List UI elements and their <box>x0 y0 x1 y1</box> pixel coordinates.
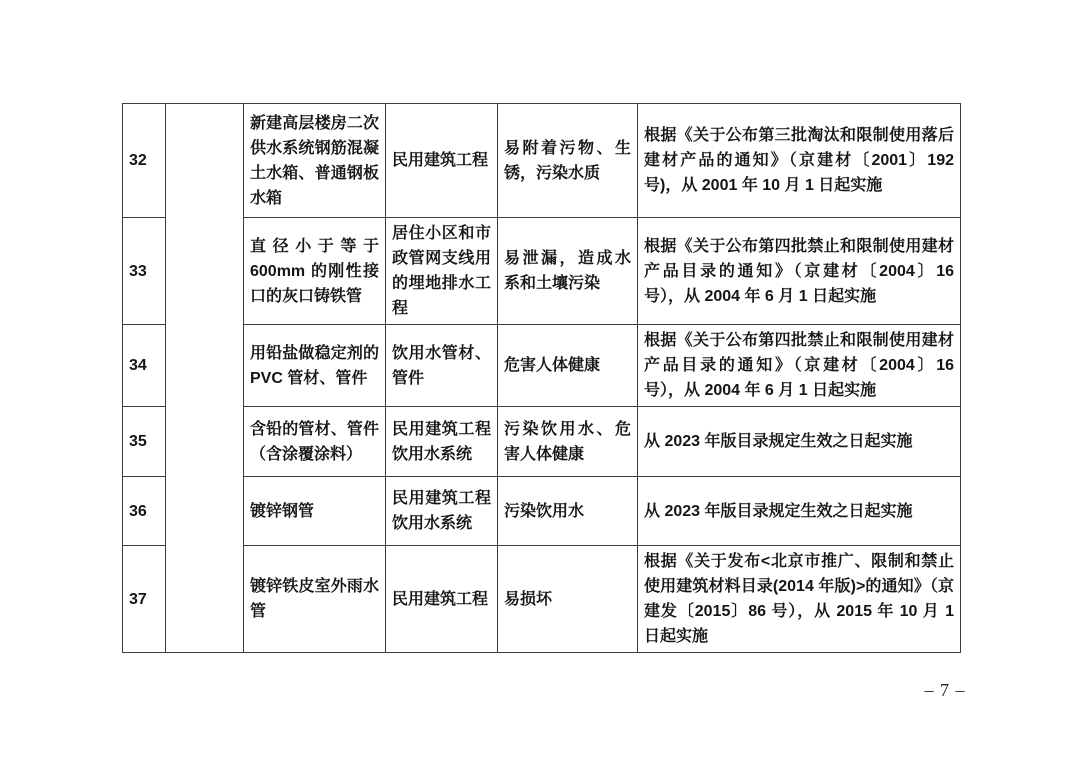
row-number: 37 <box>123 546 166 653</box>
row-number: 34 <box>123 325 166 407</box>
basis-cell: 从 2023 年版目录规定生效之日起实施 <box>638 407 961 477</box>
scope-cell: 民用建筑工程饮用水系统 <box>386 407 498 477</box>
scope-cell: 民用建筑工程饮用水系统 <box>386 477 498 546</box>
basis-cell: 根据《关于公布第四批禁止和限制使用建材产品目录的通知》（京建材〔2004〕16 … <box>638 218 961 325</box>
page-number: – 7 – <box>905 680 985 701</box>
table-row-32: 32 新建高层楼房二次供水系统钢筋混凝土水箱、普通钢板水箱 民用建筑工程 易附着… <box>123 104 961 218</box>
basis-cell: 根据《关于公布第三批淘汰和限制使用落后建材产品的通知》（京建材〔2001〕192… <box>638 104 961 218</box>
basis-cell: 根据《关于公布第四批禁止和限制使用建材产品目录的通知》（京建材〔2004〕16 … <box>638 325 961 407</box>
product-name: 直径小于等于 600mm 的刚性接口的灰口铸铁管 <box>244 218 386 325</box>
row-number: 36 <box>123 477 166 546</box>
reason-cell: 易损坏 <box>498 546 638 653</box>
product-name: 镀锌钢管 <box>244 477 386 546</box>
restricted-materials-table: 32 新建高层楼房二次供水系统钢筋混凝土水箱、普通钢板水箱 民用建筑工程 易附着… <box>122 103 961 653</box>
reason-cell: 危害人体健康 <box>498 325 638 407</box>
document-page: 32 新建高层楼房二次供水系统钢筋混凝土水箱、普通钢板水箱 民用建筑工程 易附着… <box>0 0 1080 763</box>
reason-cell: 易泄漏，造成水系和土壤污染 <box>498 218 638 325</box>
product-name: 含铅的管材、管件（含涂覆涂料） <box>244 407 386 477</box>
row-number: 32 <box>123 104 166 218</box>
row-number: 35 <box>123 407 166 477</box>
scope-cell: 民用建筑工程 <box>386 546 498 653</box>
table-row-34: 34 用铅盐做稳定剂的 PVC 管材、管件 饮用水管材、管件 危害人体健康 根据… <box>123 325 961 407</box>
category-cell <box>166 104 244 653</box>
scope-cell: 民用建筑工程 <box>386 104 498 218</box>
basis-cell: 从 2023 年版目录规定生效之日起实施 <box>638 477 961 546</box>
basis-cell: 根据《关于发布<北京市推广、限制和禁止使用建筑材料目录(2014 年版)>的通知… <box>638 546 961 653</box>
reason-cell: 污染饮用水 <box>498 477 638 546</box>
reason-cell: 污染饮用水、危害人体健康 <box>498 407 638 477</box>
product-name: 镀锌铁皮室外雨水管 <box>244 546 386 653</box>
table-row-33: 33 直径小于等于 600mm 的刚性接口的灰口铸铁管 居住小区和市政管网支线用… <box>123 218 961 325</box>
table-row-35: 35 含铅的管材、管件（含涂覆涂料） 民用建筑工程饮用水系统 污染饮用水、危害人… <box>123 407 961 477</box>
scope-cell: 饮用水管材、管件 <box>386 325 498 407</box>
row-number: 33 <box>123 218 166 325</box>
scope-cell: 居住小区和市政管网支线用的埋地排水工程 <box>386 218 498 325</box>
table-row-37: 37 镀锌铁皮室外雨水管 民用建筑工程 易损坏 根据《关于发布<北京市推广、限制… <box>123 546 961 653</box>
reason-cell: 易附着污物、生锈，污染水质 <box>498 104 638 218</box>
table-row-36: 36 镀锌钢管 民用建筑工程饮用水系统 污染饮用水 从 2023 年版目录规定生… <box>123 477 961 546</box>
product-name: 用铅盐做稳定剂的 PVC 管材、管件 <box>244 325 386 407</box>
product-name: 新建高层楼房二次供水系统钢筋混凝土水箱、普通钢板水箱 <box>244 104 386 218</box>
